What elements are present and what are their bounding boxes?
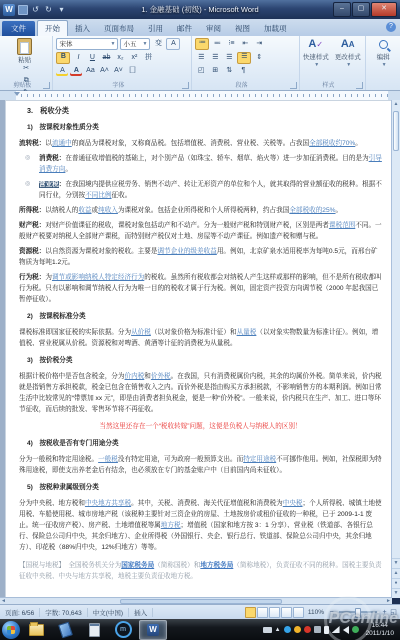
notes-taskbar-button[interactable] [52, 621, 78, 639]
title-bar[interactable]: W ↺ ↻ ▾ 1. 金融基础 (初级) - Microsoft Word – … [0, 0, 400, 19]
zoom-slider[interactable] [339, 611, 377, 613]
ribbon-tab[interactable]: 开始 [37, 20, 68, 36]
input-method-icon[interactable] [294, 626, 301, 633]
text-run: 和 [144, 373, 151, 380]
text-run: 所得税： [19, 207, 45, 214]
text-run: 全部税收的25% [289, 207, 335, 214]
security-icon[interactable] [304, 626, 311, 633]
minimize-button[interactable]: – [333, 2, 351, 17]
align-right-button[interactable]: ☰ [223, 53, 235, 63]
taskbar-apps: mW [23, 620, 167, 640]
font-group: 宋体▼ 小五▼ 变 A B I U ab x₂ x² 拼 [53, 36, 192, 90]
superscript-button[interactable]: x² [128, 53, 140, 63]
paragraph-p: 流转税：以流通中的商品为课税对象，又称商品税。包括增值税、消费税、营业税、关税等… [19, 138, 382, 149]
editing-button[interactable]: 编辑 ▼ [369, 38, 397, 68]
ribbon: 粘贴 ✂ ⧉ ✎ 剪贴板 宋体▼ 小五▼ 变 A [0, 36, 400, 91]
strikethrough-button[interactable]: ab [100, 53, 112, 63]
ribbon-tab[interactable]: 视图 [228, 21, 257, 36]
sort-icon[interactable]: ⇅ [223, 66, 235, 76]
explorer-taskbar-button[interactable] [23, 621, 49, 639]
messenger-icon[interactable] [284, 626, 291, 633]
text-run: 征收。 [112, 192, 132, 199]
view-buttons [245, 607, 304, 618]
system-tray: ▲ [263, 626, 359, 634]
justify-button[interactable]: ☰ [237, 52, 251, 64]
indent-marker[interactable] [14, 92, 20, 96]
paste-icon[interactable] [17, 38, 32, 55]
text-run: 4) 按税收是否有专门用途分类 [27, 440, 119, 447]
full-screen-reading-view-button[interactable] [257, 607, 268, 618]
taskbar-clock[interactable]: 16:44 2011/1/10 [362, 622, 398, 638]
text-run: 收益 [78, 207, 91, 214]
text-run: （以对象价格为标准计征）和 [151, 329, 237, 336]
zoom-level[interactable]: 110% [308, 609, 324, 616]
fit-page-icon[interactable]: ◱ [390, 608, 397, 616]
change-styles-button[interactable]: AA 更改样式 ▼ [335, 38, 361, 68]
editing-group: 编辑 ▼ [366, 36, 400, 90]
start-button[interactable] [2, 621, 20, 639]
clock-time: 16:44 [366, 622, 394, 630]
text-run: 营业税 [39, 181, 59, 188]
paste-button[interactable]: 粘贴 [18, 55, 31, 64]
text-highlight-icon[interactable]: A [56, 66, 68, 76]
text-run: 特定用途税 [243, 456, 276, 463]
ribbon-tab[interactable]: 邮件 [170, 21, 199, 36]
text-run: 一般税 [98, 456, 118, 463]
font-size-combo[interactable]: 小五▼ [120, 38, 150, 50]
paragraph-p: 行为税：为调节或影响纳税人特定经济行为的税收。虽然所有税收都会对纳税人产生这样或… [19, 272, 382, 305]
paragraph-bullet: ◎营业税：在我国境内提供应税劳务、销售不动产、转让无形资产的单位和个人，就其取得… [19, 179, 382, 201]
styles-group-label: 样式 [300, 80, 357, 89]
show-marks-icon[interactable]: ¶ [237, 66, 249, 76]
zoom-out-icon[interactable]: − [328, 609, 335, 616]
text-run: 流转税： [19, 140, 45, 147]
change-styles-icon: AA [341, 38, 355, 51]
shading-icon[interactable]: ◰ [195, 66, 207, 76]
text-run: 课税标准即国家征税的实际依据。分为 [19, 329, 131, 336]
text-run: 分为中央税、地方税和 [19, 500, 85, 507]
text-run: 价内税 [125, 373, 145, 380]
text-run: 流通中 [52, 140, 72, 147]
ribbon-tab[interactable]: 审阅 [199, 21, 228, 36]
phonetic-guide-icon[interactable]: 拼 [142, 53, 154, 63]
text-run: 根据计税价格中是否包含税金，分为 [19, 373, 125, 380]
bullet-icon: ◎ [25, 179, 30, 190]
enclose-characters-icon[interactable]: 囗 [126, 66, 138, 76]
text-run: 地方税务局 [200, 562, 233, 569]
multilevel-list-icon[interactable]: ⁝≡ [225, 39, 237, 49]
undo-icon[interactable]: ↺ [30, 4, 41, 15]
font-group-label: 字体 [53, 80, 183, 89]
text-run: 中央地方共享税 [85, 500, 131, 507]
ribbon-tab[interactable]: 加载项 [257, 21, 294, 36]
quick-access-toolbar: W ↺ ↻ ▾ [3, 4, 67, 16]
text-run: 当然这里还存在一个“税收转嫁”问题，这便是负税人与纳税人的区别！ [99, 423, 301, 430]
draft-view-button[interactable] [293, 607, 304, 618]
clock-date: 2011/1/10 [366, 630, 394, 638]
text-run: 没有特定用途，可为政府一般预算支出。而 [118, 456, 243, 463]
cut-icon[interactable]: ✂ [3, 64, 49, 74]
explorer-icon [29, 624, 44, 636]
antivirus-icon[interactable] [352, 626, 359, 633]
close-button[interactable]: ✕ [371, 2, 397, 17]
text-run: 【国税与地税】 全国税务机关分为 [19, 562, 121, 569]
text-run: 。 [65, 166, 72, 173]
text-run: 消费税： [39, 155, 65, 162]
tab-file[interactable]: 文件 [2, 21, 35, 36]
text-run: 为 [45, 274, 52, 281]
paragraph-p: 所得税：以纳税人的收益或纯收入为课税对象。包括企业所得税和个人所得税两种，约占我… [19, 205, 382, 216]
text-run: 分为一般税和特定用途税。 [19, 456, 98, 463]
paragraph-bullet: ◎消费税：在普通征收增值税的基础上，对个别产品（如珠宝、轿车、烟草、焰火等）进一… [19, 153, 382, 175]
select-browse-object-icon[interactable]: ● [392, 578, 400, 588]
maximize-button[interactable]: ▢ [352, 2, 370, 17]
font-dialog-launcher[interactable] [182, 82, 189, 89]
zoom-slider-thumb[interactable] [355, 608, 361, 618]
window-title: 1. 金融基础 (初级) - Microsoft Word [67, 4, 333, 15]
maxthon-browser-icon: m [115, 621, 132, 638]
show-hidden-icon[interactable]: ▲ [275, 627, 281, 633]
paragraph-s: 3) 按价税分类 [19, 355, 382, 366]
text-run: 以自然资源为课税对象的税收。主要是 [45, 248, 157, 255]
scroll-down-icon[interactable]: ▼ [392, 558, 400, 568]
text-run: 对财产价值课征的税收，课税对象包括动产和不动产。分为一般财产税和特别财产税，区别… [45, 222, 329, 229]
text-run: 。 [355, 140, 362, 147]
status-bar: 页面: 6/56字数: 70,643中文(中国)插入 110% − + ◱ [0, 604, 400, 619]
change-case-icon[interactable]: Aa [84, 66, 96, 76]
text-run: 3. 税收分类 [27, 106, 69, 115]
screenshot-icon[interactable] [314, 626, 321, 633]
text-run: 3) 按价税分类 [27, 357, 72, 364]
status-item[interactable]: 字数: 70,643 [40, 608, 88, 617]
status-item[interactable]: 插入 [129, 608, 153, 617]
previous-page-icon[interactable]: ▲ [392, 568, 400, 578]
calculator-taskbar-button[interactable] [81, 621, 107, 639]
paragraph-group-label: 段落 [192, 80, 290, 89]
paragraph-center: 当然这里还存在一个“税收转嫁”问题，这便是负税人与纳税人的区别！ [19, 421, 382, 432]
paragraph-p: 分为一般税和特定用途税。一般税没有特定用途，可为政府一般预算支出。而特定用途税不… [19, 454, 382, 476]
paragraph-group: ≔ ≕ ⁝≡ ⇤ ⇥ ☰ ☰ ☰ ☰ ⇕ ◰ ⊞ ⇅ ¶ [192, 36, 299, 90]
paragraph-note: 【国税与地税】 全国税务机关分为国家税务局（简称国税）和地方税务局（简称地税），… [19, 560, 382, 582]
document-body: 3. 税收分类1) 按课税对象性质分类流转税：以流通中的商品为课税对象，又称商品… [19, 105, 382, 582]
scroll-up-icon[interactable]: ▲ [392, 100, 400, 109]
word-window: W ↺ ↻ ▾ 1. 金融基础 (初级) - Microsoft Word – … [0, 0, 400, 640]
paragraph-s: 4) 按税收是否有专门用途分类 [19, 438, 382, 449]
text-run: 全部税收约70% [309, 140, 355, 147]
text-run: 调节企业的级差收益 [157, 248, 216, 255]
vertical-scroll-thumb[interactable] [393, 111, 399, 151]
text-run: 行为税： [19, 274, 45, 281]
bold-button[interactable]: B [56, 52, 70, 64]
align-left-button[interactable]: ☰ [195, 53, 207, 63]
keyboard-icon[interactable] [263, 627, 272, 633]
line-spacing-icon[interactable]: ⇕ [253, 53, 265, 63]
taskbar: mW ▲ 16:44 2011/1/10 [0, 619, 400, 640]
notes-icon [58, 621, 73, 638]
text-run: 5) 按税种隶属级别分类 [27, 484, 99, 491]
font-name-combo[interactable]: 宋体▼ [56, 38, 118, 50]
windows-flag-icon [7, 626, 15, 634]
save-icon[interactable] [17, 4, 28, 15]
bullets-button[interactable]: ≔ [195, 38, 209, 50]
text-run: 资源税： [19, 248, 45, 255]
text-run: 从价税 [131, 329, 151, 336]
paragraph-p: 财产税：对财产价值课征的税收，课税对象包括动产和不动产。分为一般财产税和特别财产… [19, 220, 382, 242]
text-run: （简称国税）和 [154, 562, 200, 569]
paragraph-s: 1) 按课税对象性质分类 [19, 122, 382, 133]
shrink-font-icon[interactable]: A˅ [112, 66, 124, 76]
numbering-button[interactable]: ≕ [211, 39, 223, 49]
text-run: 课税范围 [329, 222, 355, 229]
ribbon-tab-strip: 开始插入页面布局引用邮件审阅视图加载项 [37, 20, 294, 36]
bullet-icon: ◎ [25, 153, 30, 164]
text-run: 的商品为课税对象，又称商品税。包括增值税、消费税、营业税、关税等。占我国 [72, 140, 309, 147]
word-logo-icon[interactable]: W [3, 4, 15, 16]
clipboard-group-label: 剪贴板 [0, 80, 44, 89]
network-icon[interactable] [332, 626, 340, 633]
quick-styles-icon: A✓ [308, 38, 323, 51]
ribbon-tab-row: 文件 开始插入页面布局引用邮件审阅视图加载项 ? [0, 19, 400, 36]
next-page-icon[interactable]: ▼ [392, 588, 400, 598]
redo-icon[interactable]: ↻ [43, 4, 54, 15]
web-layout-view-button[interactable] [269, 607, 280, 618]
text-run: 财产税： [19, 222, 45, 229]
subscript-button[interactable]: x₂ [114, 53, 126, 63]
text-run: 以纳税人的 [45, 207, 78, 214]
word-taskbar-button[interactable]: W [139, 620, 167, 640]
clipboard-dialog-launcher[interactable] [43, 82, 50, 89]
styles-group: A✓ 快速样式 ▼ AA 更改样式 ▼ 样式 [300, 36, 366, 90]
paragraph-p: 课税标准即国家征税的实际依据。分为从价税（以对象价格为标准计征）和从量税（以对象… [19, 327, 382, 349]
paragraph-s: 2) 按课税标准分类 [19, 311, 382, 322]
ribbon-tab[interactable]: 页面布局 [97, 21, 141, 36]
paragraph-dialog-launcher[interactable] [290, 82, 297, 89]
battery-icon[interactable] [324, 626, 329, 634]
paragraph-h: 3. 税收分类 [19, 105, 382, 116]
text-run: 地方税 [161, 522, 181, 529]
underline-button[interactable]: U [86, 53, 98, 63]
borders-icon[interactable]: ⊞ [209, 66, 221, 76]
status-item[interactable]: 中文(中国) [88, 608, 129, 617]
styles-dialog-launcher[interactable] [356, 82, 363, 89]
text-run: 价外税 [151, 373, 171, 380]
text-run: 为课税对象。包括企业所得税和个人所得税两种，约占我国 [118, 207, 289, 214]
calculator-icon [89, 623, 100, 637]
status-left: 页面: 6/56字数: 70,643中文(中国)插入 [0, 608, 153, 617]
text-run: 1) 按课税对象性质分类 [27, 124, 99, 131]
find-icon [379, 40, 388, 49]
status-item[interactable]: 页面: 6/56 [0, 608, 40, 617]
paragraph-p: 资源税：以自然资源为课税对象的税收。主要是调节企业的级差收益用。例如，北京矿泉水… [19, 246, 382, 268]
document-area: 3. 税收分类1) 按课税对象性质分类流转税：以流通中的商品为课税对象，又称商品… [0, 100, 392, 598]
italic-button[interactable]: I [72, 53, 84, 63]
zoom-in-icon[interactable]: + [381, 609, 388, 616]
increase-indent-icon[interactable]: ⇥ [253, 39, 265, 49]
volume-icon[interactable] [343, 626, 349, 634]
text-run: 调节或影响纳税人特定经济行为 [52, 274, 144, 281]
quick-styles-button[interactable]: A✓ 快速样式 ▼ [303, 38, 329, 68]
text-run: 2) 按课税标准分类 [27, 313, 86, 320]
text-run: 不同比例 [85, 192, 111, 199]
text-run: 。 [336, 207, 343, 214]
grow-font-icon[interactable]: 变 [152, 39, 164, 49]
decrease-indent-icon[interactable]: ⇤ [239, 39, 251, 49]
maxthon-browser-taskbar-button[interactable]: m [110, 621, 136, 639]
grow-font-2-icon[interactable]: A˄ [98, 66, 110, 76]
word-icon: W [147, 624, 159, 636]
document-page[interactable]: 3. 税收分类1) 按课税对象性质分类流转税：以流通中的商品为课税对象，又称商品… [5, 100, 392, 598]
clear-formatting-icon[interactable]: A [166, 38, 180, 50]
text-run: 从量税 [237, 329, 257, 336]
vertical-scrollbar[interactable]: ▲ ▼ ▲ ● ▼ [391, 100, 400, 598]
help-icon[interactable]: ? [386, 22, 396, 32]
text-run: 纯收入 [98, 207, 118, 214]
outline-view-button[interactable] [281, 607, 292, 618]
text-run: 中央税 [283, 500, 303, 507]
print-layout-view-button[interactable] [245, 607, 256, 618]
paragraph-p: 根据计税价格中是否包含税金，分为价内税和价外税。在我国，只有消费税属价内税，其余… [19, 371, 382, 415]
text-run: 国家税务局 [121, 562, 154, 569]
text-run: 在普通征收增值税的基础上，对个别产品（如珠宝、轿车、烟草、焰火等）进一步加征消费… [65, 155, 368, 162]
text-run: 以 [45, 140, 52, 147]
clipboard-group: 粘贴 ✂ ⧉ ✎ 剪贴板 [0, 36, 53, 90]
text-run: 。其中，关税、消费税、海关代征增值税和消费税为 [131, 500, 283, 507]
paragraph-p: 分为中央税、地方税和中央地方共享税。其中，关税、消费税、海关代征增值税和消费税为… [19, 498, 382, 553]
font-color-icon[interactable]: A [70, 66, 82, 76]
align-center-button[interactable]: ☰ [209, 53, 221, 63]
paragraph-s: 5) 按税种隶属级别分类 [19, 482, 382, 493]
customize-qat-icon[interactable]: ▾ [56, 4, 67, 15]
ribbon-tab[interactable]: 插入 [68, 21, 97, 36]
ribbon-tab[interactable]: 引用 [141, 21, 170, 36]
